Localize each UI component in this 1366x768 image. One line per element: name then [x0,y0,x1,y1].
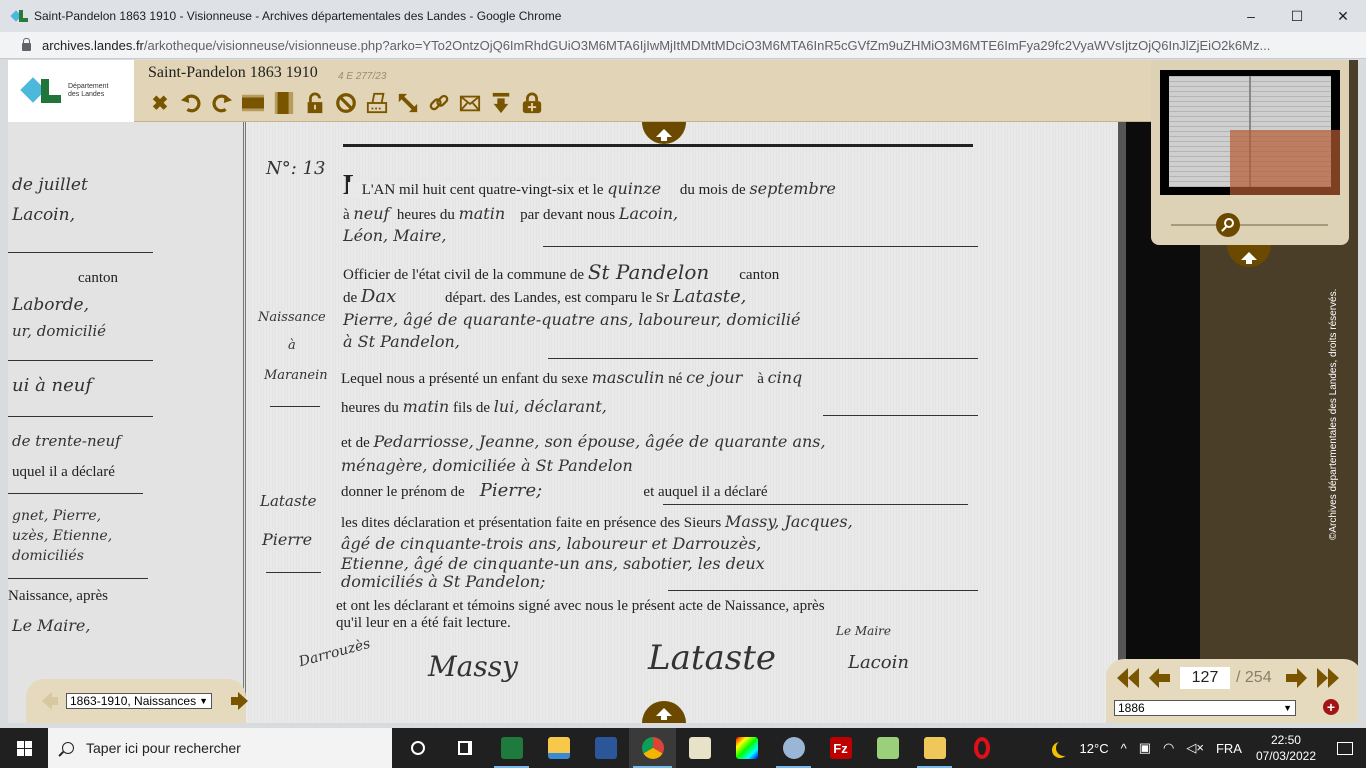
system-tray: 12°C ^ ▣ ◠ ◁× FRA 22:5007/03/2022 [1046,728,1366,768]
taskbar-app-notepad[interactable] [864,728,911,768]
series-select[interactable]: 1863-1910, Naissances▼ [66,693,212,709]
plus-icon: + [1327,700,1335,714]
excel-icon [501,737,523,759]
rotate-right-button[interactable] [210,91,234,115]
add-to-basket-button[interactable] [520,91,544,115]
document-title: Saint-Pandelon 1863 1910 [148,64,318,82]
fit-height-icon [273,92,295,114]
network-button[interactable]: ◠ [1157,740,1180,756]
copyright-notice: ©Archives départementales des Landes, dr… [1328,289,1339,540]
zoom-slider-handle[interactable] [1216,213,1240,237]
outlook-icon [924,737,946,759]
url-host: archives.landes.fr [42,38,144,53]
series-navigation: 1863-1910, Naissances▼ [26,679,246,723]
volume-button[interactable]: ◁× [1180,740,1210,756]
windows-taskbar: Taper ici pour rechercher Fz 12°C ^ ▣ ◠ … [0,728,1366,768]
overview-panel [1151,60,1349,245]
taskbar-app-word[interactable] [582,728,629,768]
next-series-button[interactable] [238,692,248,710]
maximize-button[interactable]: ☐ [1274,0,1320,32]
minimize-button[interactable]: – [1228,0,1274,32]
basket-add-icon [521,92,543,114]
arrow-up-icon [1241,252,1257,260]
taskbar-app-color[interactable] [723,728,770,768]
volume-muted-icon: ◁× [1186,740,1204,756]
show-hidden-icons-button[interactable]: ^ [1115,741,1133,756]
fit-width-icon [242,92,264,114]
taskbar-app-filezilla[interactable]: Fz [817,728,864,768]
url-field[interactable]: archives.landes.fr/arkotheque/visionneus… [42,38,1342,53]
folder-icon [548,737,570,759]
clock[interactable]: 22:5007/03/2022 [1248,732,1324,764]
magnifier-icon [1224,218,1234,228]
windows-logo-icon [17,741,32,756]
close-icon: ✖ [152,91,169,116]
address-bar[interactable]: archives.landes.fr/arkotheque/visionneus… [0,32,1366,59]
reset-button[interactable] [334,91,358,115]
taskbar-app-excel[interactable] [488,728,535,768]
double-arrow-right-icon [1316,667,1340,689]
rotate-right-icon [211,92,233,114]
cortana-button[interactable] [394,728,441,768]
unlock-icon [304,92,326,114]
add-button[interactable]: + [1323,699,1339,715]
notifications-button[interactable] [1324,728,1366,768]
chevron-up-icon: ^ [1121,741,1127,756]
arrow-left-icon [1148,667,1172,689]
overview-thumbnail[interactable] [1160,70,1340,195]
last-page-button[interactable] [1316,667,1340,689]
page-number-input[interactable]: 127 [1180,667,1230,689]
chevron-down-icon: ▼ [199,696,208,706]
image-viewer[interactable]: de juillet Lacoin, canton Laborde, ur, d… [8,60,1358,723]
chevron-down-icon: ▼ [1283,703,1292,713]
previous-page-button[interactable] [1148,667,1172,689]
link-button[interactable] [427,91,451,115]
search-icon [62,742,74,754]
taskbar-search[interactable]: Taper ici pour rechercher [48,728,392,768]
download-button[interactable] [489,91,513,115]
site-favicon-icon [12,9,28,23]
expand-icon [397,92,419,114]
word-icon [595,737,617,759]
viewer-header: Départementdes Landes Saint-Pandelon 186… [8,60,1158,122]
camera-icon: ▣ [1139,740,1151,756]
taskbar-app-chrome[interactable] [629,728,676,768]
email-button[interactable] [458,91,482,115]
document-image[interactable]: de juillet Lacoin, canton Laborde, ur, d… [8,60,1200,723]
viewer-toolbar: ✖ [148,90,544,116]
language-indicator[interactable]: FRA [1210,741,1248,756]
meet-now-button[interactable]: ▣ [1133,740,1157,756]
fullscreen-button[interactable] [396,91,420,115]
url-path: /arkotheque/visionneuse/visionneuse.php?… [144,38,1270,53]
arrow-right-icon [1284,667,1308,689]
taskbar-app-opera[interactable] [958,728,1005,768]
browser-titlebar: Saint-Pandelon 1863 1910 - Visionneuse -… [0,0,1366,32]
fit-width-button[interactable] [241,91,265,115]
block-icon [335,92,357,114]
wifi-icon: ◠ [1163,740,1174,756]
viewport-selection[interactable] [1230,130,1340,195]
task-view-button[interactable] [441,728,488,768]
start-button[interactable] [0,728,48,768]
lock-icon[interactable] [22,43,31,51]
previous-series-button[interactable] [42,692,52,710]
notification-icon [1337,742,1353,755]
year-select[interactable]: 1886▼ [1114,700,1296,716]
print-icon [366,92,388,114]
departement-logo[interactable]: Départementdes Landes [8,60,134,122]
rotate-left-icon [180,92,202,114]
envelope-icon [459,92,481,114]
acte-number: N°: 13 [266,158,325,179]
weather-widget[interactable]: 12°C [1046,740,1115,756]
fit-height-button[interactable] [272,91,296,115]
moon-icon [1056,740,1072,756]
arrow-up-icon [656,708,672,716]
unlock-button[interactable] [303,91,327,115]
paint-brush-icon [689,737,711,759]
arrow-up-icon [656,129,672,137]
taskbar-app-file-explorer[interactable] [535,728,582,768]
close-window-button[interactable]: ✕ [1320,0,1366,32]
taskbar-app-brush[interactable] [676,728,723,768]
download-icon [490,92,512,114]
left-page: de juillet Lacoin, canton Laborde, ur, d… [8,60,246,723]
link-icon [428,92,450,114]
chrome-icon [642,737,664,759]
taskbar-app-paint[interactable] [770,728,817,768]
page-navigation: 127 / 254 1886▼ + [1106,659,1358,723]
first-page-button[interactable] [1116,667,1140,689]
color-spectrum-icon [736,737,758,759]
logo-mark-icon [22,79,62,103]
notepad-icon [877,737,899,759]
taskbar-app-outlook[interactable] [911,728,958,768]
window-title: Saint-Pandelon 1863 1910 - Visionneuse -… [34,9,561,23]
page-total: / 254 [1236,669,1272,687]
rotate-left-button[interactable] [179,91,203,115]
opera-icon [974,737,990,759]
circle-icon [411,741,425,755]
collapse-overview-button[interactable] [1227,245,1271,267]
palette-icon [783,737,805,759]
next-page-button[interactable] [1284,667,1308,689]
document-cote: 4 E 277/23 [338,71,386,82]
task-view-icon [458,741,472,755]
close-viewer-button[interactable]: ✖ [148,91,172,115]
print-button[interactable] [365,91,389,115]
filezilla-icon: Fz [830,737,852,759]
double-arrow-left-icon [1116,667,1140,689]
zoom-slider-track[interactable] [1171,224,1328,226]
